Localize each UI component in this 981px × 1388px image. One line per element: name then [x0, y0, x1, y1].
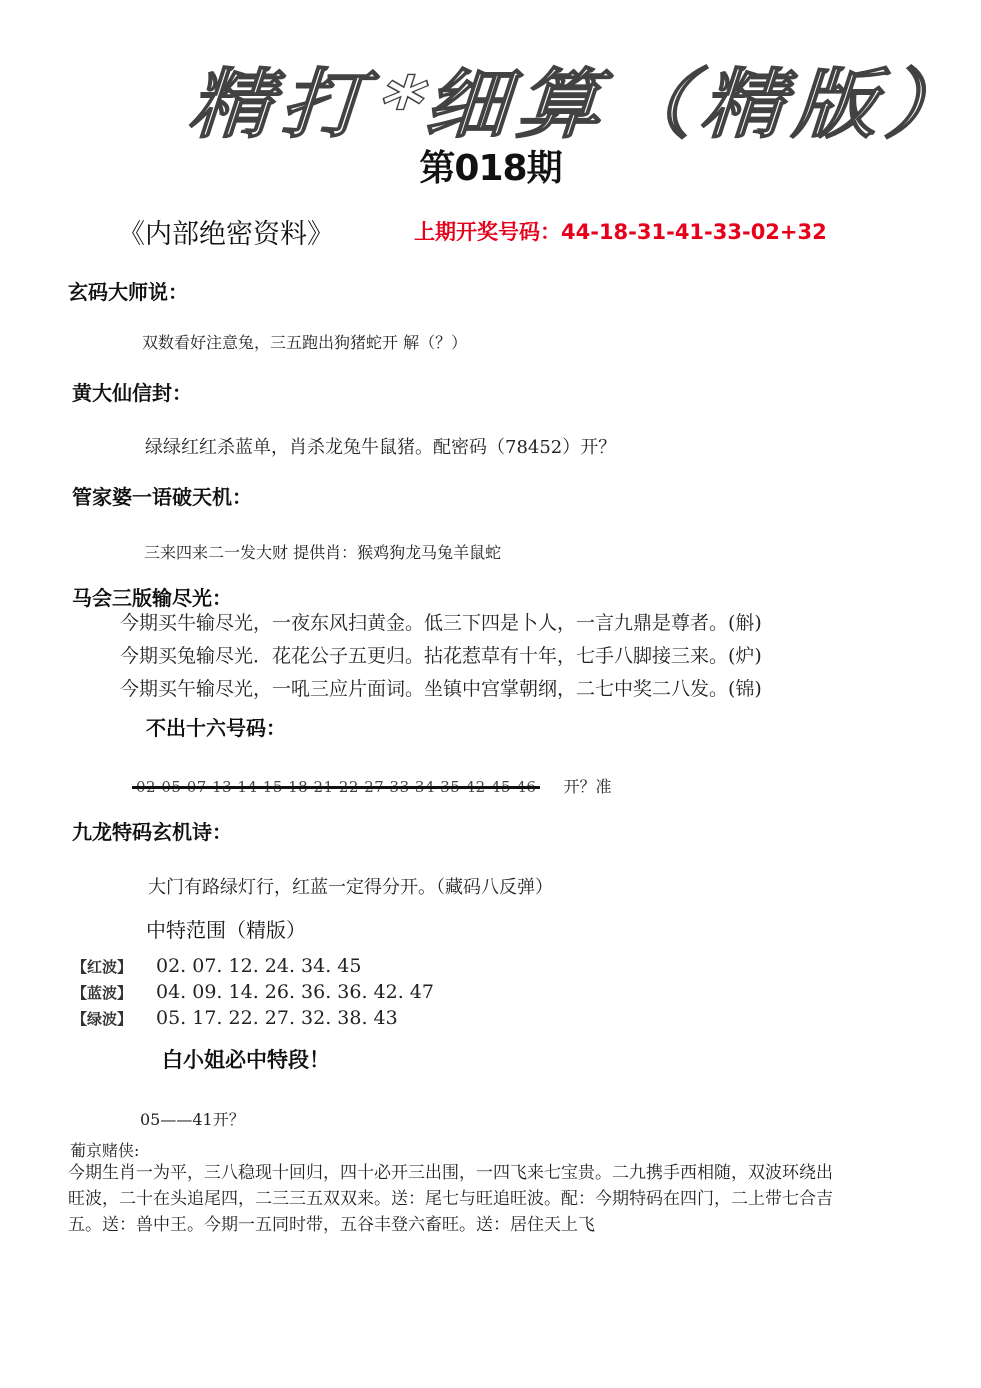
- issue-number: 第018期: [0, 140, 981, 191]
- banner-title: 精打*细算（精版）: [180, 22, 800, 137]
- excluded-numbers: 02 05 07 13 14 15 18 21 22 27 33 34 35 4…: [136, 778, 536, 796]
- wave-row-red: 【红波】02. 07. 12. 24. 34. 45: [72, 955, 361, 977]
- section-text-huangdaxian: 绿绿红红杀蓝单，肖杀龙兔牛鼠猪。配密码（78452）开？: [145, 433, 616, 459]
- section-heading-mahui: 马会三版输尽光：: [72, 582, 232, 611]
- wave-numbers-red: 02. 07. 12. 24. 34. 45: [156, 955, 361, 977]
- mahui-line-1: 今期买牛输尽光，一夜东风扫黄金。低三下四是卜人，一言九鼎是尊者。(斛): [120, 608, 762, 635]
- pujing-line-1: 今期生肖一为平，三八稳现十回归，四十必开三出围，一四飞来七宝贵。二九携手西相随，…: [68, 1160, 948, 1186]
- mahui-line-2: 今期买兔输尽光．花花公子五更归。拈花惹草有十年，七手八脚接三来。(炉): [120, 641, 762, 668]
- pujing-line-2: 旺波，二十在头追尾四，二三三五双双来。送：尾七与旺追旺波。配：今期特码在四门，二…: [68, 1186, 948, 1212]
- excluded-numbers-row: 02 05 07 13 14 15 18 21 22 27 33 34 35 4…: [136, 774, 612, 797]
- strikethrough-line: [132, 786, 540, 789]
- section-heading-pujing: 葡京赌侠:: [70, 1138, 139, 1161]
- section-heading-xuanma: 玄码大师说：: [68, 276, 188, 305]
- wave-row-blue: 【蓝波】04. 09. 14. 26. 36. 36. 42. 47: [72, 981, 434, 1003]
- section-heading-buchu: 不出十六号码：: [146, 712, 286, 741]
- internal-label: 《内部绝密资料》: [118, 212, 334, 251]
- pujing-line-3: 五。送：兽中王。今期一五同时带，五谷丰登六畜旺。送：居住天上飞: [68, 1212, 948, 1238]
- section-text-xuanma: 双数看好注意兔，三五跑出狗猪蛇开 解（？）: [142, 330, 467, 353]
- section-heading-baixiaojie: 白小姐必中特段！: [162, 1044, 330, 1074]
- wave-tag-red: 【红波】: [72, 956, 156, 977]
- mahui-line-3: 今期买午输尽光，一吼三应片面词。坐镇中宫掌朝纲，二七中奖二八发。(锦): [120, 674, 762, 701]
- section-heading-range: 中特范围（精版）: [146, 914, 306, 943]
- last-draw-label: 上期开奖号码：: [414, 220, 561, 244]
- pujing-poem: 今期生肖一为平，三八稳现十回归，四十必开三出围，一四飞来七宝贵。二九携手西相随，…: [68, 1160, 948, 1238]
- section-heading-huangdaxian: 黄大仙信封：: [72, 377, 192, 406]
- section-text-jiulong: 大门有路绿灯行，红蓝一定得分开。（藏码八反弹）: [148, 873, 553, 899]
- wave-tag-blue: 【蓝波】: [72, 982, 156, 1003]
- last-draw: 上期开奖号码：44-18-31-41-33-02+32: [414, 216, 827, 246]
- banner-title-text: 精打*细算（精版）: [180, 44, 981, 153]
- wave-row-green: 【绿波】05. 17. 22. 27. 32. 38. 43: [72, 1007, 398, 1029]
- last-draw-numbers: 44-18-31-41-33-02+32: [561, 220, 827, 244]
- excluded-suffix: 开？准: [564, 777, 612, 796]
- section-text-guanjiapo: 三来四来二一发大财 提供肖：猴鸡狗龙马兔羊鼠蛇: [144, 540, 501, 563]
- section-heading-guanjiapo: 管家婆一语破天机：: [72, 481, 252, 510]
- section-text-baixiaojie: 05——41开？: [140, 1107, 245, 1130]
- wave-numbers-blue: 04. 09. 14. 26. 36. 36. 42. 47: [156, 981, 434, 1003]
- wave-numbers-green: 05. 17. 22. 27. 32. 38. 43: [156, 1007, 398, 1029]
- section-heading-jiulong: 九龙特码玄机诗：: [72, 816, 232, 845]
- wave-tag-green: 【绿波】: [72, 1008, 156, 1029]
